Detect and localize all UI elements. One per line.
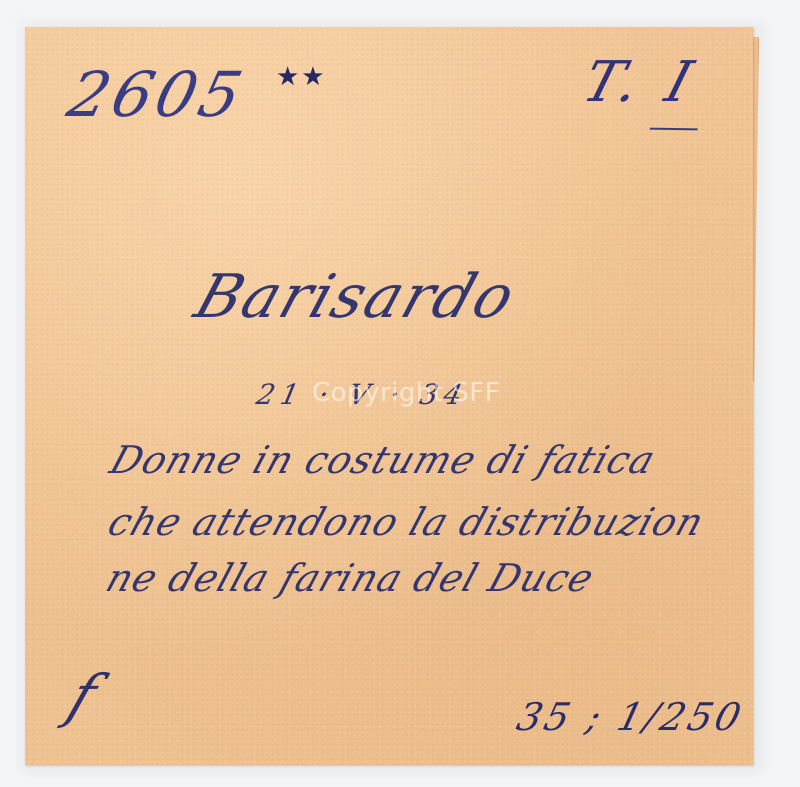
caption-line-2: che attendono la distribuzion xyxy=(103,500,710,544)
caption-line-1: Donne in costume di fatica xyxy=(105,438,662,482)
catalog-number: 2605 xyxy=(61,58,253,131)
place-name: Barisardo xyxy=(187,262,525,332)
exposure-settings: 35 ; 1/250 xyxy=(513,695,749,739)
copyright-watermark: Copyright SFF xyxy=(312,378,500,408)
series-code-text: T. I xyxy=(576,50,705,115)
series-code: T. I xyxy=(576,50,705,115)
caption-line-3: ne della farina del Duce xyxy=(101,556,600,600)
catalog-stars-icon: ★★ xyxy=(276,62,327,92)
